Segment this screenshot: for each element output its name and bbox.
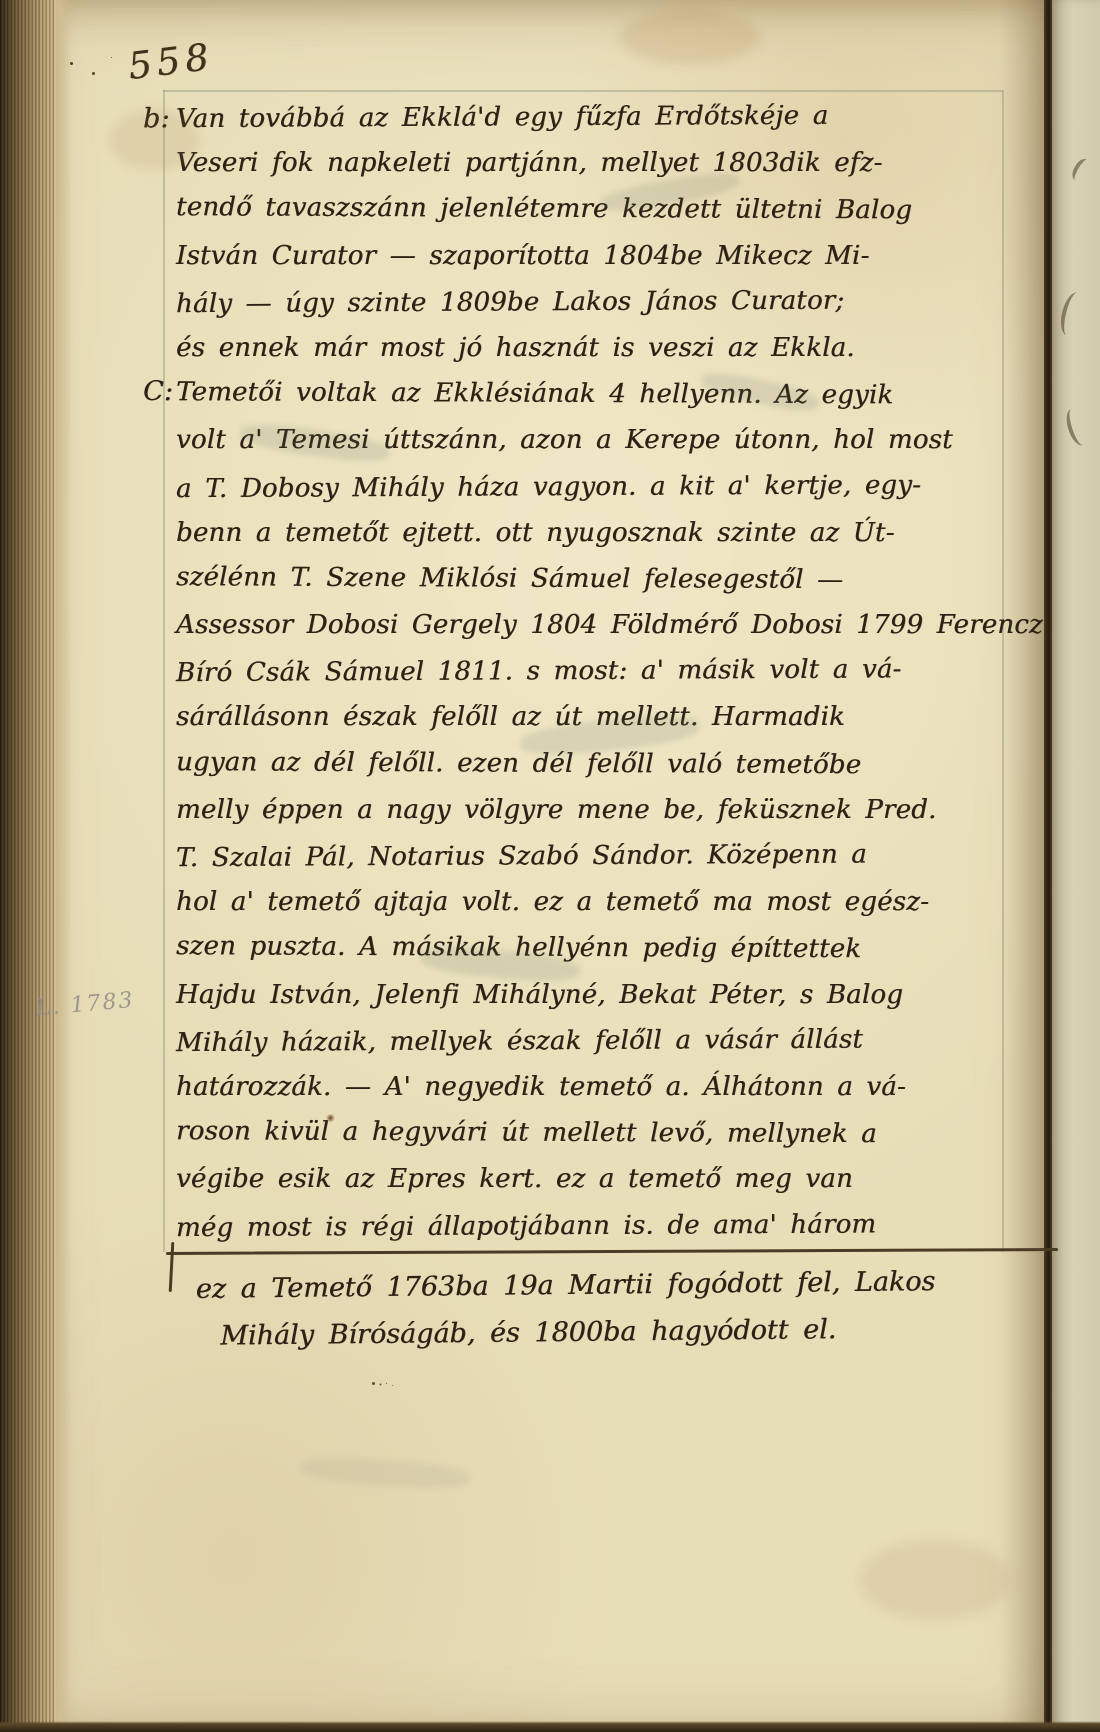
manuscript-line: ugyan az dél felőll. ezen dél felőll val…: [176, 739, 1006, 789]
manuscript-line: melly éppen a nagy völgyre mene be, fekü…: [176, 787, 1006, 833]
manuscript-line: tendő tavaszszánn jelenlétemre kezdett ü…: [176, 185, 1006, 235]
manuscript-line: volt a' Temesi úttszánn, azon a Kerepe ú…: [176, 417, 1006, 463]
manuscript-line: szélénn T. Szene Miklósi Sámuel felesege…: [176, 554, 1006, 604]
manuscript-line: C:Temetői voltak az Ekklésiának 4 hellye…: [176, 369, 1006, 419]
manuscript-line: hály — úgy szinte 1809be Lakos János Cur…: [176, 277, 1006, 328]
section-label: C:: [143, 369, 173, 415]
section-label: b:: [143, 96, 170, 142]
manuscript-line: hol a' temető ajtaja volt. ez a temető m…: [176, 879, 1006, 925]
manuscript-line: végibe esik az Epres kert. ez a temető m…: [176, 1156, 1006, 1202]
footnote-line: Mihály Bíróságáb, és 1800ba hagyódott el…: [220, 1305, 936, 1359]
page-fold-shadow: [1000, 0, 1046, 1732]
page-edge: [1044, 0, 1052, 1732]
manuscript-line: szen puszta. A másikak hellyénn pedig ép…: [176, 924, 1006, 974]
adjacent-page: [1052, 0, 1100, 1732]
footnote-line: ez a Temető 1763ba 19a Martii fogódott f…: [196, 1258, 936, 1313]
manuscript-line: sárállásonn észak felőll az út mellett. …: [176, 694, 1006, 740]
margin-rule-top: [163, 90, 1003, 92]
manuscript-line: Hajdu István, Jelenfi Mihályné, Bekat Pé…: [176, 972, 1006, 1018]
manuscript-line: Assessor Dobosi Gergely 1804 Földmérő Do…: [176, 602, 1006, 648]
manuscript-line: Veseri fok napkeleti partjánn, mellyet 1…: [176, 140, 1006, 186]
manuscript-line: benn a temetőt ejtett. ott nyugosznak sz…: [176, 510, 1006, 556]
book-bottom-edge: [0, 1721, 1100, 1732]
manuscript-line: és ennek már most jó hasznát is veszi az…: [176, 325, 1006, 371]
book-photo: 558 L. 1783 b:Van továbbá az Ekklá'd egy…: [0, 0, 1100, 1732]
manuscript-line: István Curator — szaporította 1804be Mik…: [176, 233, 1006, 279]
manuscript-line: határozzák. — A' negyedik temető a. Álhá…: [176, 1064, 1006, 1110]
manuscript-line: b:Van továbbá az Ekklá'd egy fűzfa Erdőt…: [176, 92, 1006, 143]
manuscript-text-block: b:Van továbbá az Ekklá'd egy fűzfa Erdőt…: [176, 94, 1006, 1249]
manuscript-line: T. Szalai Pál, Notarius Szabó Sándor. Kö…: [176, 831, 1006, 882]
manuscript-line: a T. Dobosy Mihály háza vagyon. a kit a'…: [176, 461, 1006, 512]
book-binding-gutter: [0, 0, 72, 1732]
manuscript-line: Mihály házaik, mellyek észak felőll a vá…: [176, 1016, 1006, 1067]
manuscript-line: Bíró Csák Sámuel 1811. s most: a' másik …: [176, 646, 1006, 697]
margin-rule-left: [163, 90, 165, 1252]
footnote-block: ez a Temető 1763ba 19a Martii fogódott f…: [196, 1258, 937, 1360]
manuscript-line: roson kivül a hegyvári út mellett levő, …: [176, 1108, 1006, 1158]
manuscript-line: még most is régi állapotjábann is. de am…: [176, 1200, 1006, 1251]
